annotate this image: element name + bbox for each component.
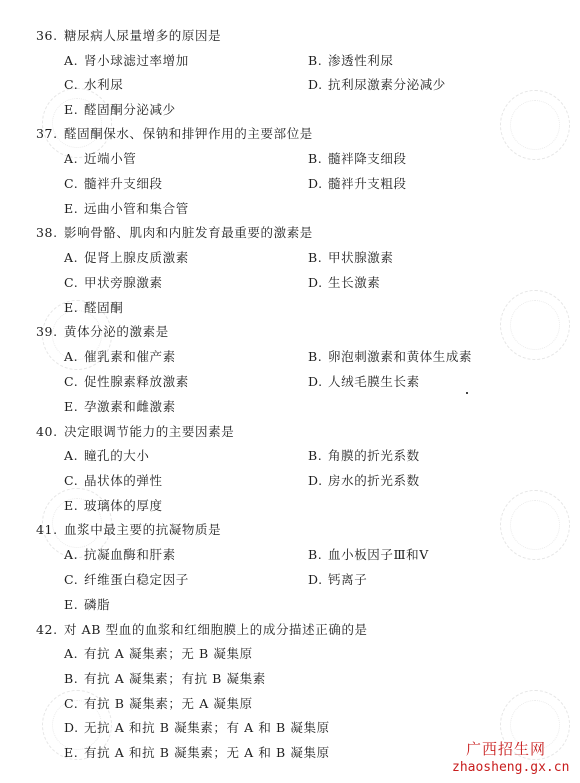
question-stem: 36.糖尿病人尿量增多的原因是 [36,26,221,46]
question-text: 醛固酮保水、保钠和排钾作用的主要部位是 [64,126,313,141]
option-b: B.渗透性利尿 [308,51,394,71]
question-number: 42. [36,620,64,640]
option-letter: B. [308,545,328,565]
option-text: 髓袢降支细段 [328,151,407,166]
option-letter: C. [64,75,84,95]
option-letter: D. [64,718,84,738]
option-text: 晶状体的弹性 [84,473,163,488]
option-a: A.催乳素和催产素 [64,347,176,367]
question-text: 对 AB 型血的血浆和红细胞膜上的成分描述正确的是 [64,622,368,637]
option-letter: B. [308,248,328,268]
option-letter: A. [64,347,84,367]
option-text: 醛固酮 [84,300,123,315]
option-d: D.钙离子 [308,570,367,590]
question-stem: 42.对 AB 型血的血浆和红细胞膜上的成分描述正确的是 [36,620,368,640]
option-e: E.醛固酮 [64,298,123,318]
option-b: B.髓袢降支细段 [308,149,407,169]
option-letter: E. [64,199,84,219]
option-letter: E. [64,496,84,516]
option-letter: D. [308,75,328,95]
option-text: 生长激素 [328,275,380,290]
option-letter: C. [64,174,84,194]
scan-speck [466,392,468,394]
option-text: 纤维蛋白稳定因子 [84,572,189,587]
question-stem: 41.血浆中最主要的抗凝物质是 [36,520,221,540]
option-letter: D. [308,174,328,194]
option-letter: D. [308,372,328,392]
option-letter: C. [64,372,84,392]
option-text: 无抗 A 和抗 B 凝集素；有 A 和 B 凝集原 [84,720,330,735]
question-number: 41. [36,520,64,540]
site-watermark-url: zhaosheng.gx.cn [452,760,580,775]
option-letter: B. [308,446,328,466]
option-text: 房水的折光系数 [328,473,420,488]
option-letter: C. [64,694,84,714]
option-text: 髓袢升支粗段 [328,176,407,191]
exam-page: 36.糖尿病人尿量增多的原因是 A.肾小球滤过率增加 B.渗透性利尿 C.水利尿… [0,0,580,783]
question-stem: 39.黄体分泌的激素是 [36,322,169,342]
option-text: 有抗 A 凝集素；无 B 凝集原 [84,646,253,661]
option-text: 孕激素和雌激素 [84,399,176,414]
option-letter: E. [64,100,84,120]
stamp-watermark-right [500,90,570,160]
option-text: 有抗 B 凝集素；无 A 凝集原 [84,696,253,711]
option-text: 抗凝血酶和肝素 [84,547,176,562]
question-number: 39. [36,322,64,342]
option-d: D.生长激素 [308,273,380,293]
option-text: 有抗 A 和抗 B 凝集素；无 A 和 B 凝集原 [84,745,330,760]
option-a: A.近端小管 [64,149,136,169]
option-e: E.远曲小管和集合管 [64,199,189,219]
option-letter: E. [64,397,84,417]
option-letter: B. [308,347,328,367]
question-text: 血浆中最主要的抗凝物质是 [64,522,221,537]
option-text: 血小板因子Ⅲ和Ⅴ [328,547,429,562]
option-letter: E. [64,743,84,763]
option-letter: C. [64,471,84,491]
question-stem: 37.醛固酮保水、保钠和排钾作用的主要部位是 [36,124,313,144]
question-text: 决定眼调节能力的主要因素是 [64,424,234,439]
option-text: 肾小球滤过率增加 [84,53,189,68]
option-d: D.髓袢升支粗段 [308,174,407,194]
option-letter: A. [64,51,84,71]
option-text: 醛固酮分泌减少 [84,102,176,117]
option-c: C.有抗 B 凝集素；无 A 凝集原 [64,694,253,714]
option-letter: D. [308,471,328,491]
stamp-watermark-right [500,490,570,560]
question-number: 40. [36,422,64,442]
option-b: B.有抗 A 凝集素；有抗 B 凝集素 [64,669,266,689]
option-e: E.有抗 A 和抗 B 凝集素；无 A 和 B 凝集原 [64,743,330,763]
option-d: D.房水的折光系数 [308,471,420,491]
option-letter: A. [64,248,84,268]
question-text: 糖尿病人尿量增多的原因是 [64,28,221,43]
question-stem: 40.决定眼调节能力的主要因素是 [36,422,234,442]
option-letter: A. [64,446,84,466]
question-number: 36. [36,26,64,46]
option-b: B.甲状腺激素 [308,248,394,268]
option-b: B.卵泡刺激素和黄体生成素 [308,347,472,367]
option-text: 瞳孔的大小 [84,448,150,463]
question-text: 黄体分泌的激素是 [64,324,169,339]
option-text: 甲状腺激素 [328,250,394,265]
option-text: 水利尿 [84,77,123,92]
option-e: E.玻璃体的厚度 [64,496,163,516]
option-letter: A. [64,149,84,169]
option-letter: D. [308,273,328,293]
stamp-watermark-left [42,88,112,158]
option-letter: A. [64,545,84,565]
option-letter: E. [64,595,84,615]
option-c: C.髓袢升支细段 [64,174,163,194]
option-text: 髓袢升支细段 [84,176,163,191]
option-e: E.磷脂 [64,595,110,615]
option-text: 渗透性利尿 [328,53,394,68]
option-text: 促肾上腺皮质激素 [84,250,189,265]
option-e: E.孕激素和雌激素 [64,397,176,417]
option-letter: B. [308,149,328,169]
option-letter: D. [308,570,328,590]
option-a: A.瞳孔的大小 [64,446,150,466]
option-letter: C. [64,273,84,293]
option-a: A.抗凝血酶和肝素 [64,545,176,565]
option-e: E.醛固酮分泌减少 [64,100,176,120]
option-letter: A. [64,644,84,664]
option-d: D.无抗 A 和抗 B 凝集素；有 A 和 B 凝集原 [64,718,330,738]
option-text: 催乳素和催产素 [84,349,176,364]
option-text: 促性腺素释放激素 [84,374,189,389]
question-stem: 38.影响骨骼、肌肉和内脏发育最重要的激素是 [36,223,313,243]
option-c: C.纤维蛋白稳定因子 [64,570,189,590]
option-text: 甲状旁腺激素 [84,275,163,290]
option-text: 钙离子 [328,572,367,587]
option-d: D.抗利尿激素分泌减少 [308,75,446,95]
question-number: 37. [36,124,64,144]
option-c: C.水利尿 [64,75,123,95]
option-text: 人绒毛膜生长素 [328,374,420,389]
option-a: A.促肾上腺皮质激素 [64,248,189,268]
option-text: 远曲小管和集合管 [84,201,189,216]
site-watermark-name: 广西招生网 [466,738,580,759]
option-b: B.角膜的折光系数 [308,446,420,466]
option-text: 有抗 A 凝集素；有抗 B 凝集素 [84,671,266,686]
option-text: 卵泡刺激素和黄体生成素 [328,349,472,364]
option-letter: B. [64,669,84,689]
option-a: A.肾小球滤过率增加 [64,51,189,71]
option-c: C.晶状体的弹性 [64,471,163,491]
option-c: C.甲状旁腺激素 [64,273,163,293]
option-text: 玻璃体的厚度 [84,498,163,513]
option-c: C.促性腺素释放激素 [64,372,189,392]
option-text: 磷脂 [84,597,110,612]
option-b: B.血小板因子Ⅲ和Ⅴ [308,545,429,565]
option-letter: E. [64,298,84,318]
option-a: A.有抗 A 凝集素；无 B 凝集原 [64,644,253,664]
question-text: 影响骨骼、肌肉和内脏发育最重要的激素是 [64,225,313,240]
stamp-watermark-right [500,290,570,360]
option-text: 角膜的折光系数 [328,448,420,463]
question-number: 38. [36,223,64,243]
option-d: D.人绒毛膜生长素 [308,372,420,392]
option-text: 近端小管 [84,151,136,166]
option-text: 抗利尿激素分泌减少 [328,77,446,92]
option-letter: B. [308,51,328,71]
option-letter: C. [64,570,84,590]
